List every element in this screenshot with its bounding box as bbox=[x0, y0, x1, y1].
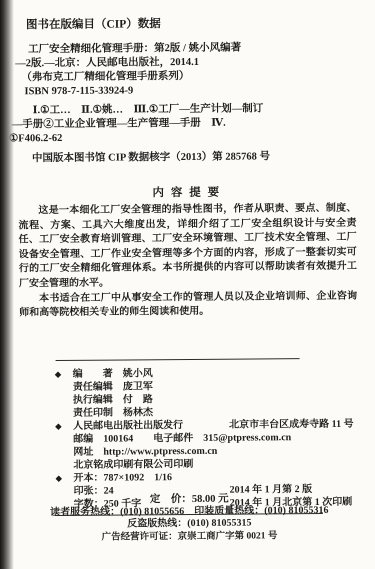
page-content: 图书在版编目（CIP）数据 工厂安全精细化管理手册：第2版 / 姚小风编著 —2… bbox=[0, 0, 375, 569]
cip-registry-line: 中国版本图书馆 CIP 数据核字（2013）第 285768 号 bbox=[32, 150, 270, 166]
classification-line-1: Ⅰ.①工… Ⅱ.①姚… Ⅲ.①工厂—生产计划—制订 bbox=[33, 102, 270, 118]
scan-edge-shadow bbox=[0, 0, 14, 569]
book-title-line: 工厂安全精细化管理手册：第2版 / 姚小风编著 bbox=[28, 41, 269, 57]
cip-header: 图书在版编目（CIP）数据 bbox=[26, 16, 269, 33]
exec-editor-name: 付 路 bbox=[123, 394, 153, 405]
summary-title: 内 容 提 要 bbox=[0, 183, 374, 202]
website-text: 网址 http://www.ptpress.com.cn bbox=[73, 446, 217, 458]
copyright-page: 图书在版编目（CIP）数据 工厂安全精细化管理手册：第2版 / 姚小风编著 —2… bbox=[0, 0, 375, 569]
publisher-address: 北京市丰台区成寿寺路 11 号 bbox=[229, 418, 354, 432]
author-role: 编 著 bbox=[73, 369, 113, 380]
colophon-top-rule bbox=[56, 358, 300, 361]
print-supervisor-role: 责任印制 bbox=[73, 408, 113, 419]
author-name: 姚小风 bbox=[123, 368, 153, 379]
summary-paragraph-2: 本书适合在工厂中从事安全工作的管理人员以及企业培训师、企业咨询师和高等院校相关专… bbox=[19, 289, 357, 321]
summary-block: 这是一本细化工厂安全管理的指导性图书，作者从职责、要点、制度、流程、方案、工具六… bbox=[18, 202, 357, 321]
postcode-email-text: 邮编 100164 电子邮件 315@ptpress.com.cn bbox=[73, 432, 291, 445]
diamond-bullet-icon: ◆ bbox=[55, 472, 62, 485]
cip-block: 图书在版编目（CIP）数据 工厂安全精细化管理手册：第2版 / 姚小风编著 —2… bbox=[26, 16, 270, 166]
publisher-name: 人民邮电出版社出版发行 bbox=[73, 420, 183, 432]
diamond-bullet-icon: ◆ bbox=[55, 420, 62, 433]
printer-text: 北京铭成印刷有限公司印刷 bbox=[73, 459, 193, 471]
ad-license-line: 广告经营许可证：京崇工商广字第 0021 号 bbox=[2, 530, 375, 545]
diamond-bullet-icon: ◆ bbox=[55, 368, 62, 381]
isbn-line: ISBN 978-7-115-33924-9 bbox=[24, 83, 269, 99]
exec-editor-role: 执行编辑 bbox=[73, 395, 113, 406]
editor-role: 责任编辑 bbox=[73, 382, 113, 393]
editor-name: 庞卫军 bbox=[123, 381, 153, 392]
footer-block: 定 价：58.00 元 读者服务热线：(010) 81055656 印装质量热线… bbox=[2, 492, 375, 545]
summary-paragraph-1: 这是一本细化工厂安全管理的指导性图书，作者从职责、要点、制度、流程、方案、工具六… bbox=[18, 202, 357, 292]
classification-line-3: ①F406.2-62 bbox=[9, 130, 270, 146]
print-supervisor-name: 杨林杰 bbox=[123, 407, 153, 418]
format-text: 开本：787×1092 1/16 bbox=[73, 472, 172, 484]
